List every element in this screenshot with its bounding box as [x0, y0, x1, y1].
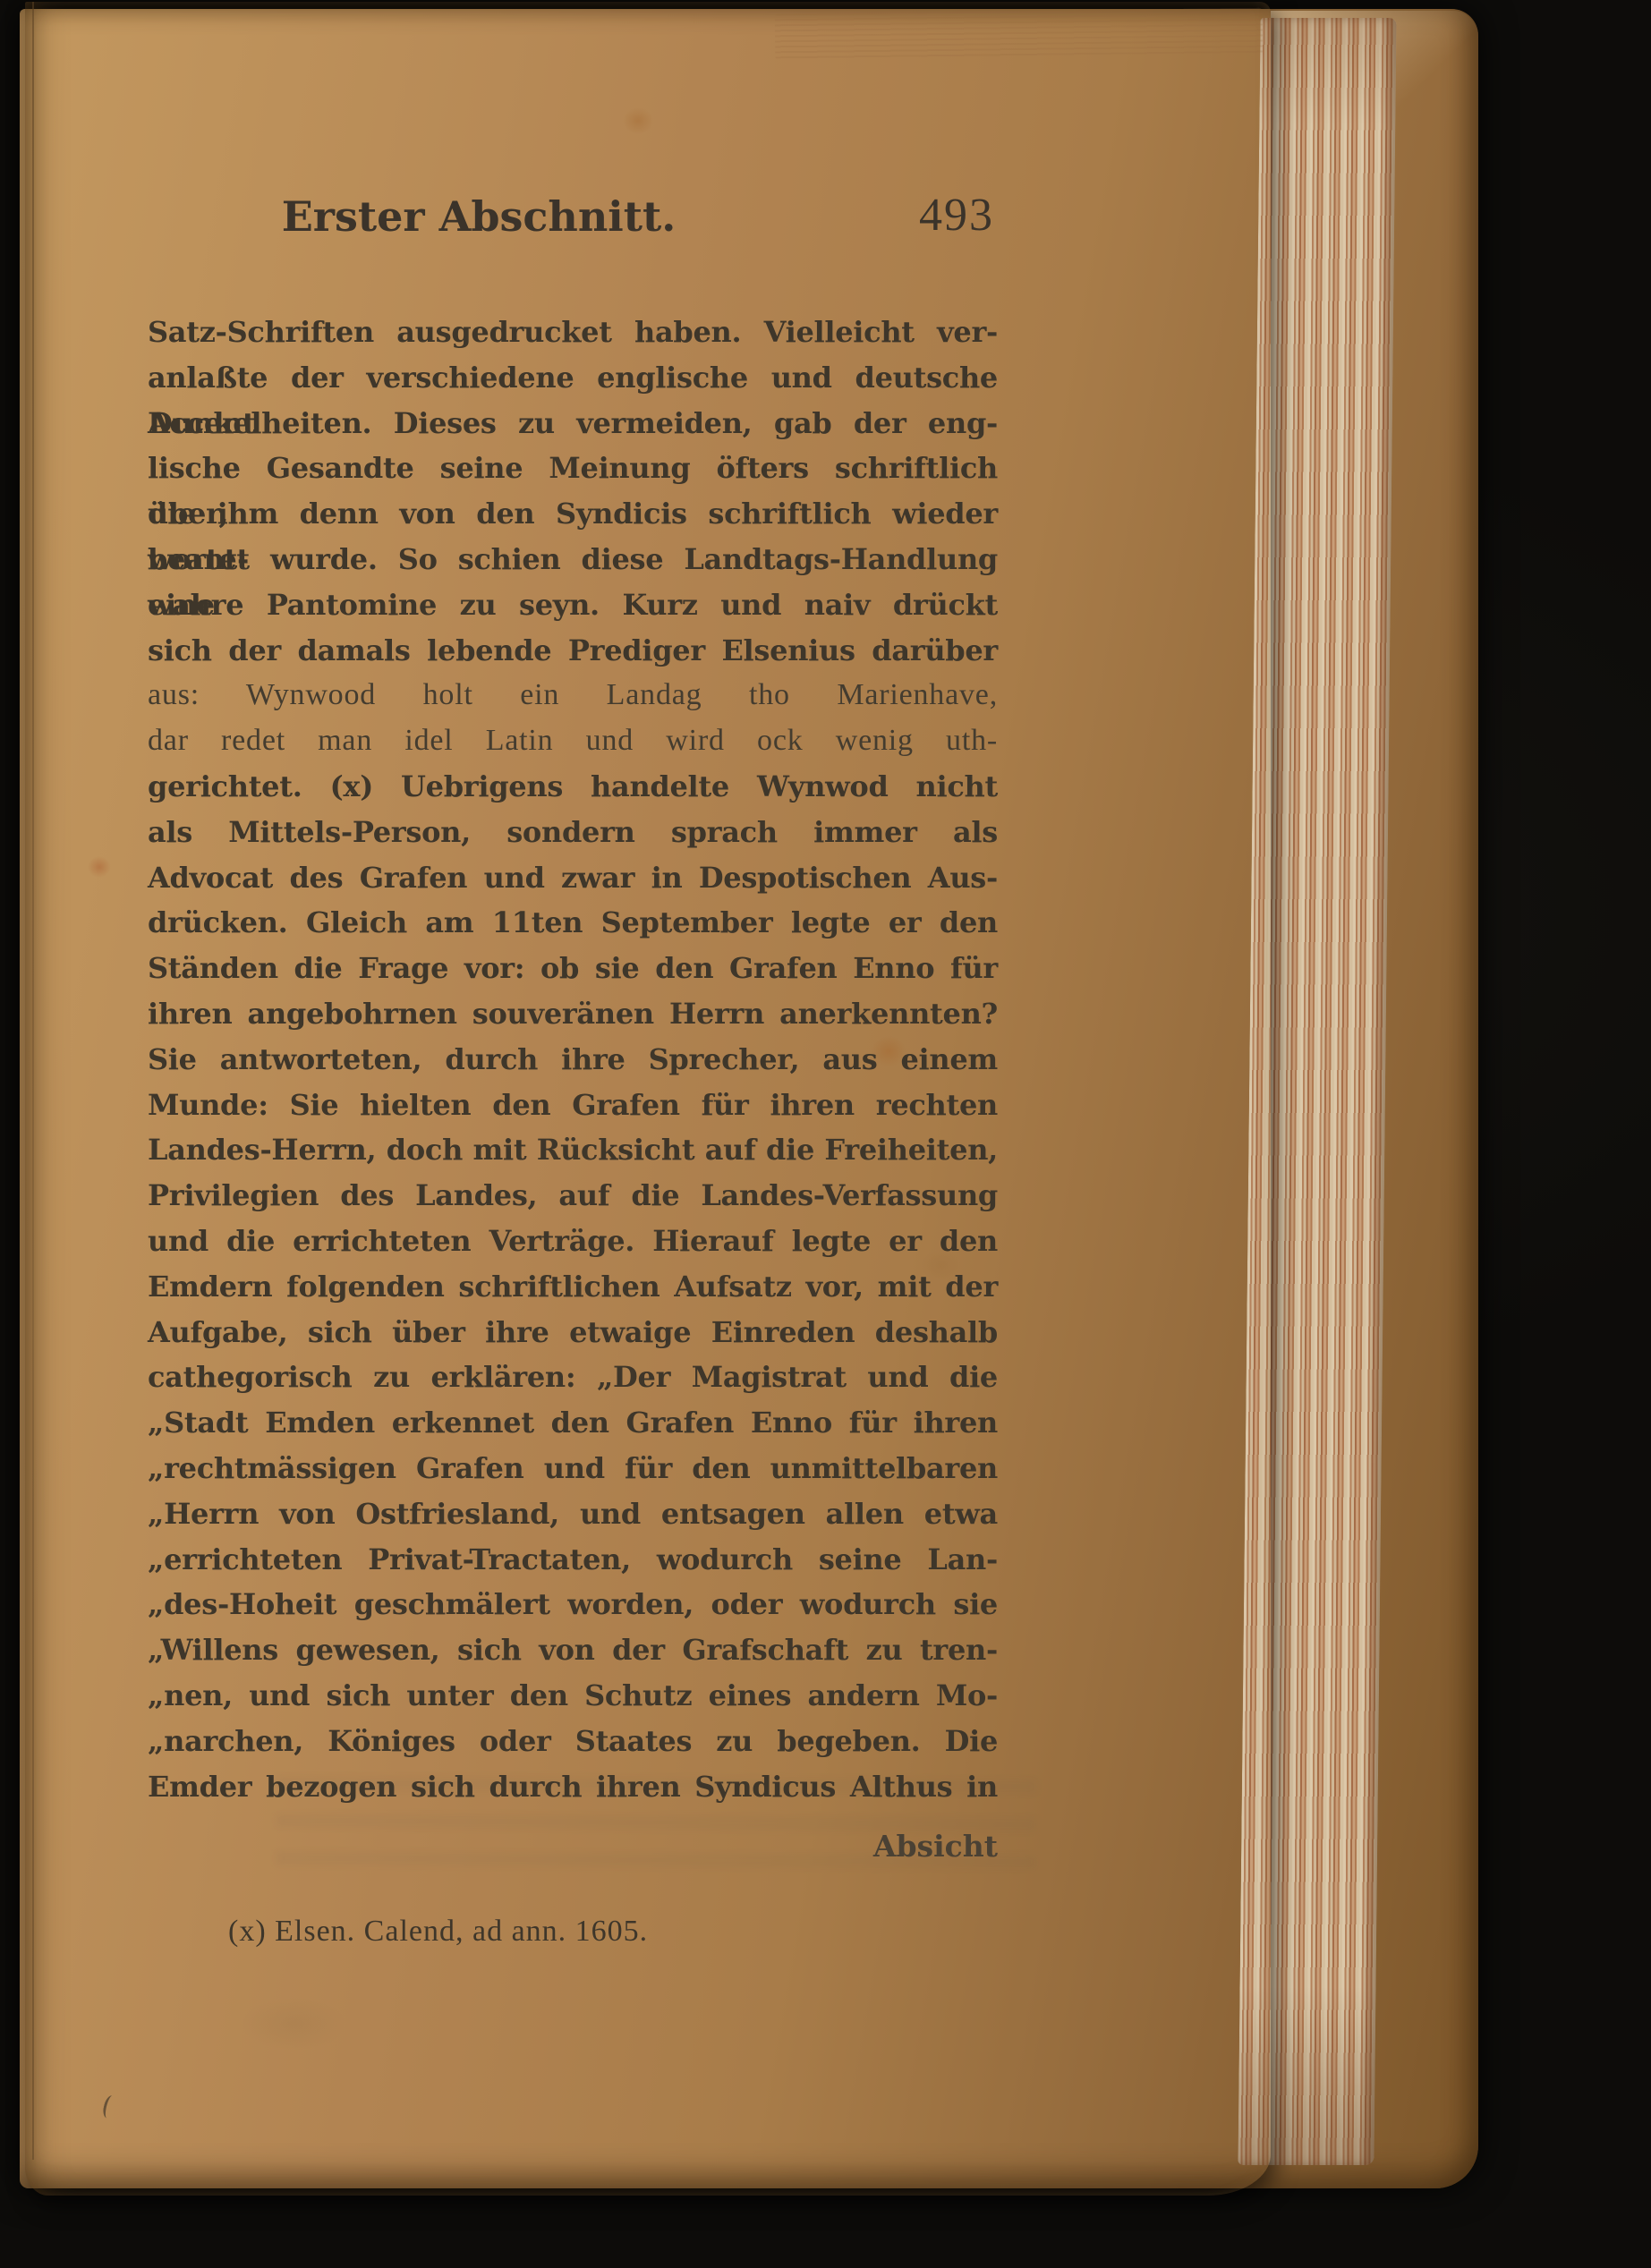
text-line: wortet wurde. So schien diese Landtags-H… [148, 537, 998, 582]
text-line: Advocat des Grafen und zwar in Despotisc… [148, 855, 998, 901]
text-line: Privilegien des Landes, auf die Landes-V… [148, 1173, 998, 1219]
text-line: ihren angebohrnen souveränen Herrn anerk… [148, 991, 998, 1037]
text-line: aus: Wynwood holt ein Landag tho Marienh… [148, 673, 998, 718]
catchword: Absicht [148, 1829, 998, 1864]
text-line: cathegorisch zu erklären: „Der Magistrat… [148, 1355, 998, 1400]
text-line: „narchen, Königes oder Staates zu begebe… [148, 1719, 998, 1764]
text-line: Satz-Schriften ausgedrucket haben. Viell… [148, 310, 998, 355]
text-line: „des-Hoheit geschmälert worden, oder wod… [148, 1582, 998, 1627]
section-title: Erster Abschnitt. [148, 188, 810, 245]
text-line: gerichtet. (x) Uebrigens handelte Wynwod… [148, 764, 998, 810]
text-line: und die errichteten Verträge. Hierauf le… [148, 1219, 998, 1264]
scanned-book-photo: Erster Abschnitt. 493 Satz-Schriften aus… [0, 0, 1651, 2268]
text-line: Emder bezogen sich durch ihren Syndicus … [148, 1764, 998, 1810]
ink-artifact [101, 2094, 118, 2119]
text-line: lische Gesandte seine Meinung öfters sch… [148, 446, 998, 491]
footnote: (x) Elsen. Calend, ad ann. 1605. [148, 1915, 998, 1949]
text-line: wahre Pantomine zu seyn. Kurz und naiv d… [148, 582, 998, 628]
paper-stain [623, 107, 653, 134]
paper-stain [88, 856, 111, 878]
gutter-fold-line [32, 2, 34, 2160]
text-line: Aufgabe, sich über ihre etwaige Einreden… [148, 1310, 998, 1355]
text-line: „Willens gewesen, sich von der Grafschaf… [148, 1627, 998, 1673]
text-line: die ihm denn von den Syndicis schriftlic… [148, 491, 998, 537]
text-line: „errichteten Privat-Tractaten, wodurch s… [148, 1537, 998, 1583]
text-line: Dunkelheiten. Dieses zu vermeiden, gab d… [148, 401, 998, 446]
page-number: 493 [919, 184, 994, 247]
text-line: Munde: Sie hielten den Grafen für ihren … [148, 1083, 998, 1128]
text-line: Ständen die Frage vor: ob sie den Grafen… [148, 946, 998, 991]
paper-stain [240, 1997, 347, 2051]
body-text: Satz-Schriften ausgedrucket haben. Viell… [148, 310, 998, 1809]
text-line: dar redet man idel Latin und wird ock we… [148, 718, 998, 764]
book-page: Erster Abschnitt. 493 Satz-Schriften aus… [25, 2, 1271, 2196]
text-line: als Mittels-Person, sondern sprach immer… [148, 810, 998, 855]
text-line: Emdern folgenden schriftlichen Aufsatz v… [148, 1264, 998, 1310]
text-line: sich der damals lebende Prediger Elseniu… [148, 628, 998, 674]
text-line: Sie antworteten, durch ihre Sprecher, au… [148, 1037, 998, 1083]
text-line: „rechtmässigen Grafen und für den unmitt… [148, 1446, 998, 1491]
text-line: drücken. Gleich am 11ten September legte… [148, 900, 998, 946]
running-header: Erster Abschnitt. 493 [148, 188, 998, 245]
text-line: anlaßte der verschiedene englische und d… [148, 355, 998, 401]
text-line: Landes-Herrn, doch mit Rücksicht auf die… [148, 1127, 998, 1173]
text-line: „Herrn von Ostfriesland, und entsagen al… [148, 1491, 998, 1537]
text-line: „nen, und sich unter den Schutz eines an… [148, 1673, 998, 1719]
text-line: „Stadt Emden erkennet den Grafen Enno fü… [148, 1400, 998, 1446]
